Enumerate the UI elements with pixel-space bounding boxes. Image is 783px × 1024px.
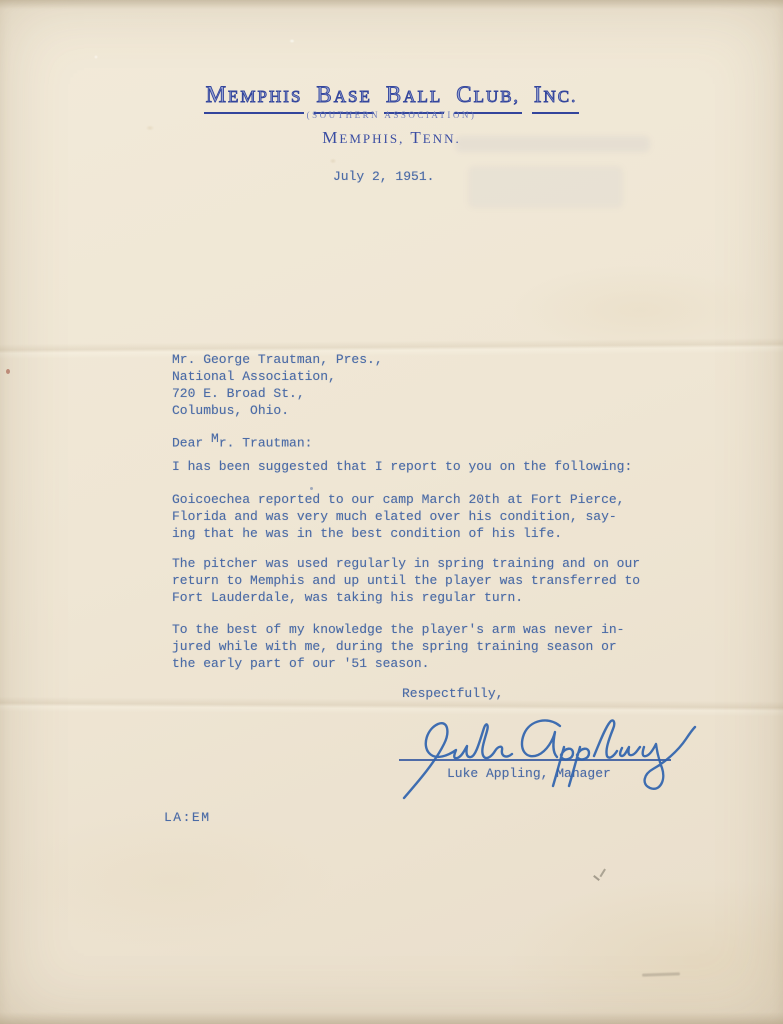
- reference-initials: LA:EM: [164, 809, 211, 826]
- city-word: MEMPHIS,: [322, 128, 404, 148]
- recipient-address-block: Mr. George Trautman, Pres., National Ass…: [172, 351, 383, 419]
- body-paragraph-4: To the best of my knowledge the player's…: [172, 621, 624, 672]
- paper-edge-shadow-top: [0, 0, 783, 9]
- letterhead-association-line: (SOUTHERN ASSOCIATION): [0, 110, 783, 120]
- signature-stroke-ling: [594, 720, 695, 788]
- salutation-before: Dear: [172, 436, 211, 451]
- letterhead-word-initial: I: [534, 82, 544, 107]
- letterhead-word-initial: B: [316, 82, 333, 107]
- body-paragraph-3: The pitcher was used regularly in spring…: [172, 555, 640, 606]
- signature-stroke-pp: [553, 747, 589, 786]
- salutation-raised-letter: M: [211, 431, 219, 446]
- salutation-after: r. Trautman:: [219, 436, 313, 451]
- body-paragraph-2: Goicoechea reported to our camp March 20…: [172, 491, 624, 542]
- body-paragraph-1: I has been suggested that I report to yo…: [172, 458, 632, 475]
- signature-stroke-luke: [404, 723, 512, 798]
- letterhead-word-initial: M: [206, 82, 228, 107]
- stray-ink-speck: [310, 487, 313, 490]
- bleed-through-ghost: [468, 166, 623, 208]
- valediction: Respectfully,: [402, 685, 503, 702]
- city-word-rest: EMPHIS,: [339, 131, 404, 146]
- signature-stroke-appling-cap: [522, 720, 560, 757]
- letter-page: MEMPHISBASEBALLCLUB,INC. (SOUTHERN ASSOC…: [0, 0, 783, 1024]
- city-word-initial: T: [410, 128, 422, 147]
- paper-edge-shadow-bottom: [0, 1012, 783, 1024]
- letterhead-word-rest: NC.: [544, 87, 578, 106]
- letterhead-word-rest: ALL: [403, 87, 442, 106]
- pencil-smudge: [642, 972, 680, 976]
- handwritten-signature-luke-appling: [394, 712, 700, 808]
- letterhead-word-initial: B: [386, 82, 403, 107]
- letterhead-word-rest: LUB,: [474, 87, 520, 106]
- red-speck: [6, 369, 10, 374]
- pencil-check-mark: [599, 869, 605, 877]
- salutation: Dear Mr. Trautman:: [172, 430, 312, 452]
- letterhead-word-rest: ASE: [334, 87, 372, 106]
- letterhead-word-rest: EMPHIS: [228, 87, 302, 106]
- fold-crease-top: [0, 338, 783, 359]
- letterhead-city-line: MEMPHIS,TENN.: [0, 128, 783, 148]
- city-word-rest: ENN.: [423, 131, 461, 146]
- city-word-initial: M: [322, 128, 339, 147]
- letterhead-word-initial: C: [456, 82, 473, 107]
- city-word: TENN.: [410, 128, 460, 148]
- date-line: July 2, 1951.: [333, 168, 434, 185]
